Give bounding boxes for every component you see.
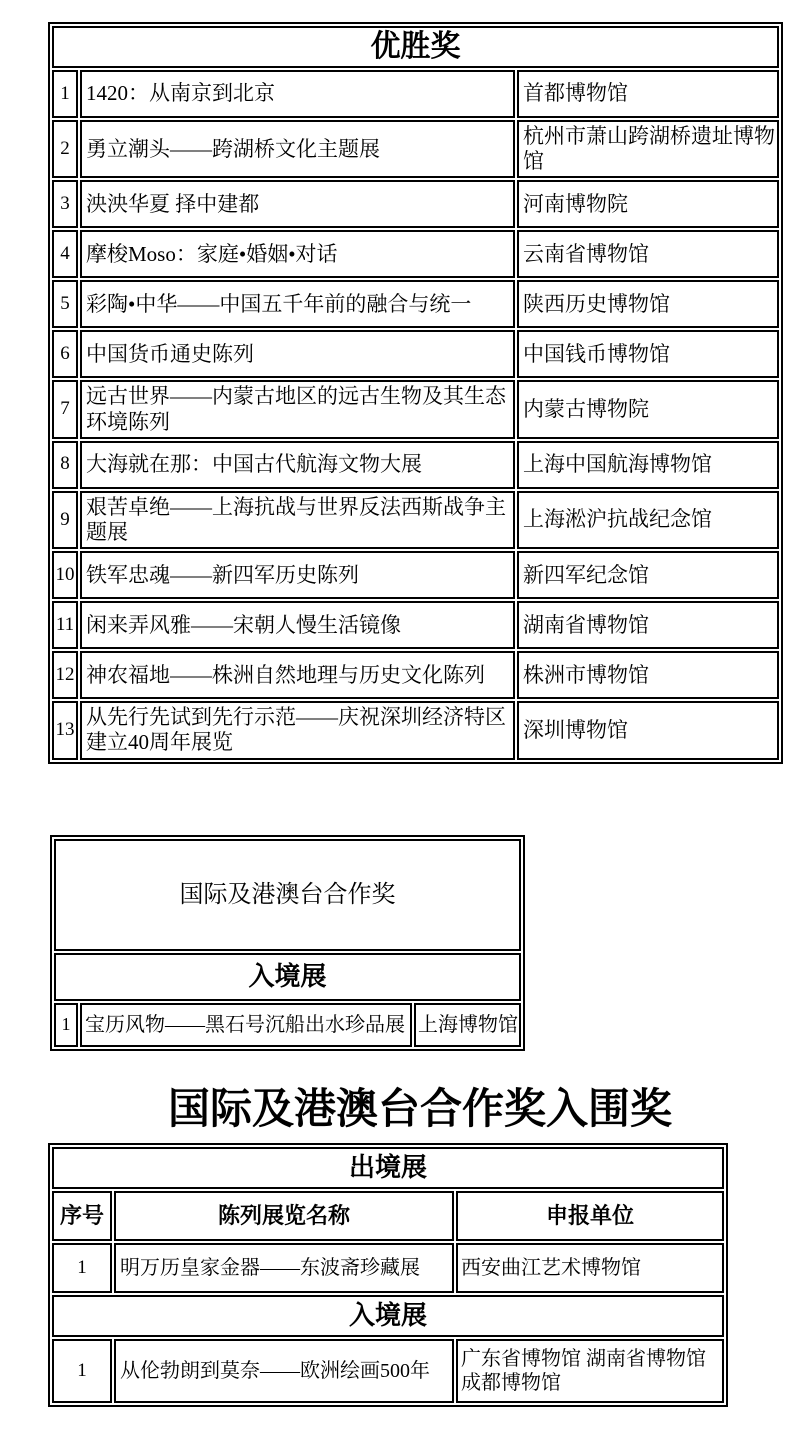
cell-applicant-unit: 上海博物馆: [414, 1003, 521, 1047]
cell-applicant-unit: 深圳博物馆: [517, 701, 779, 759]
finalist-section-label-row: 出境展: [52, 1147, 724, 1189]
cell-row-number: 2: [52, 120, 78, 178]
cell-exhibition-name: 中国货币通史陈列: [80, 330, 515, 378]
cell-applicant-unit: 中国钱币博物馆: [517, 330, 779, 378]
cell-exhibition-name: 铁军忠魂——新四军历史陈列: [80, 551, 515, 599]
cell-exhibition-name: 1420：从南京到北京: [80, 70, 515, 118]
cell-applicant-unit: 河南博物院: [517, 180, 779, 228]
intl-award-table: 国际及港澳台合作奖 入境展 1宝历风物——黑石号沉船出水珍品展上海博物馆: [50, 835, 525, 1051]
cell-row-number: 10: [52, 551, 78, 599]
cell-row-number: 6: [52, 330, 78, 378]
cell-row-number: 12: [52, 651, 78, 699]
cell-applicant-unit: 株洲市博物馆: [517, 651, 779, 699]
table-row: 8大海就在那：中国古代航海文物大展上海中国航海博物馆: [52, 441, 779, 489]
cell-applicant-unit: 新四军纪念馆: [517, 551, 779, 599]
cell-row-number: 8: [52, 441, 78, 489]
table-row: 3泱泱华夏 择中建都河南博物院: [52, 180, 779, 228]
table-row: 11闲来弄风雅——宋朝人慢生活镜像湖南省博物馆: [52, 601, 779, 649]
column-header-number: 序号: [52, 1191, 112, 1241]
table-row: 4摩梭Moso：家庭•婚姻•对话云南省博物馆: [52, 230, 779, 278]
finalist-award-table-body: 出境展序号陈列展览名称申报单位1明万历皇家金器——东波斋珍藏展西安曲江艺术博物馆…: [52, 1147, 724, 1403]
cell-applicant-unit: 广东省博物馆 湖南省博物馆 成都博物馆: [456, 1339, 724, 1403]
cell-applicant-unit: 上海淞沪抗战纪念馆: [517, 491, 779, 549]
cell-row-number: 4: [52, 230, 78, 278]
winner-award-table-body: 优胜奖 11420：从南京到北京首都博物馆2勇立潮头——跨湖桥文化主题展杭州市萧…: [52, 26, 779, 760]
table-row: 6中国货币通史陈列中国钱币博物馆: [52, 330, 779, 378]
cell-exhibition-name: 远古世界——内蒙古地区的远古生物及其生态环境陈列: [80, 380, 515, 438]
cell-row-number: 1: [54, 1003, 78, 1047]
cell-exhibition-name: 宝历风物——黑石号沉船出水珍品展: [80, 1003, 412, 1047]
finalist-section-label-row: 入境展: [52, 1295, 724, 1337]
table-row: 11420：从南京到北京首都博物馆: [52, 70, 779, 118]
cell-row-number: 1: [52, 1339, 112, 1403]
column-header-unit: 申报单位: [456, 1191, 724, 1241]
table-row: 1从伦勃朗到莫奈——欧洲绘画500年广东省博物馆 湖南省博物馆 成都博物馆: [52, 1339, 724, 1403]
cell-exhibition-name: 泱泱华夏 择中建都: [80, 180, 515, 228]
cell-exhibition-name: 艰苦卓绝——上海抗战与世界反法西斯战争主题展: [80, 491, 515, 549]
cell-row-number: 7: [52, 380, 78, 438]
cell-exhibition-name: 勇立潮头——跨湖桥文化主题展: [80, 120, 515, 178]
cell-exhibition-name: 摩梭Moso：家庭•婚姻•对话: [80, 230, 515, 278]
cell-row-number: 3: [52, 180, 78, 228]
intl-award-title: 国际及港澳台合作奖: [54, 839, 521, 951]
cell-exhibition-name: 神农福地——株洲自然地理与历史文化陈列: [80, 651, 515, 699]
cell-applicant-unit: 云南省博物馆: [517, 230, 779, 278]
cell-exhibition-name: 闲来弄风雅——宋朝人慢生活镜像: [80, 601, 515, 649]
finalist-section-label: 出境展: [52, 1147, 724, 1189]
table-row: 13从先行先试到先行示范——庆祝深圳经济特区建立40周年展览深圳博物馆: [52, 701, 779, 759]
cell-exhibition-name: 从伦勃朗到莫奈——欧洲绘画500年: [114, 1339, 454, 1403]
cell-exhibition-name: 彩陶•中华——中国五千年前的融合与统一: [80, 280, 515, 328]
table-row: 1明万历皇家金器——东波斋珍藏展西安曲江艺术博物馆: [52, 1243, 724, 1293]
cell-exhibition-name: 大海就在那：中国古代航海文物大展: [80, 441, 515, 489]
cell-applicant-unit: 首都博物馆: [517, 70, 779, 118]
cell-row-number: 13: [52, 701, 78, 759]
intl-award-table-body: 国际及港澳台合作奖 入境展 1宝历风物——黑石号沉船出水珍品展上海博物馆: [54, 839, 521, 1047]
intl-section-row: 入境展: [54, 953, 521, 1001]
finalist-award-title: 国际及港澳台合作奖入围奖: [100, 1082, 740, 1136]
cell-row-number: 1: [52, 1243, 112, 1293]
cell-applicant-unit: 上海中国航海博物馆: [517, 441, 779, 489]
cell-row-number: 5: [52, 280, 78, 328]
cell-applicant-unit: 湖南省博物馆: [517, 601, 779, 649]
intl-title-row: 国际及港澳台合作奖: [54, 839, 521, 951]
cell-row-number: 9: [52, 491, 78, 549]
finalist-award-table: 出境展序号陈列展览名称申报单位1明万历皇家金器——东波斋珍藏展西安曲江艺术博物馆…: [48, 1143, 728, 1407]
finalist-column-header-row: 序号陈列展览名称申报单位: [52, 1191, 724, 1241]
cell-applicant-unit: 杭州市萧山跨湖桥遗址博物馆: [517, 120, 779, 178]
table-row: 7远古世界——内蒙古地区的远古生物及其生态环境陈列内蒙古博物院: [52, 380, 779, 438]
table-row: 1宝历风物——黑石号沉船出水珍品展上海博物馆: [54, 1003, 521, 1047]
table-row: 9艰苦卓绝——上海抗战与世界反法西斯战争主题展上海淞沪抗战纪念馆: [52, 491, 779, 549]
winner-award-table: 优胜奖 11420：从南京到北京首都博物馆2勇立潮头——跨湖桥文化主题展杭州市萧…: [48, 22, 783, 764]
table-row: 2勇立潮头——跨湖桥文化主题展杭州市萧山跨湖桥遗址博物馆: [52, 120, 779, 178]
cell-applicant-unit: 陕西历史博物馆: [517, 280, 779, 328]
cell-exhibition-name: 从先行先试到先行示范——庆祝深圳经济特区建立40周年展览: [80, 701, 515, 759]
winner-award-title: 优胜奖: [52, 26, 779, 68]
cell-exhibition-name: 明万历皇家金器——东波斋珍藏展: [114, 1243, 454, 1293]
winner-title-row: 优胜奖: [52, 26, 779, 68]
table-row: 12神农福地——株洲自然地理与历史文化陈列株洲市博物馆: [52, 651, 779, 699]
document-page: 优胜奖 11420：从南京到北京首都博物馆2勇立潮头——跨湖桥文化主题展杭州市萧…: [0, 0, 800, 1432]
table-row: 5彩陶•中华——中国五千年前的融合与统一陕西历史博物馆: [52, 280, 779, 328]
cell-applicant-unit: 西安曲江艺术博物馆: [456, 1243, 724, 1293]
cell-row-number: 1: [52, 70, 78, 118]
table-row: 10铁军忠魂——新四军历史陈列新四军纪念馆: [52, 551, 779, 599]
cell-applicant-unit: 内蒙古博物院: [517, 380, 779, 438]
intl-section-label: 入境展: [54, 953, 521, 1001]
column-header-name: 陈列展览名称: [114, 1191, 454, 1241]
finalist-section-label: 入境展: [52, 1295, 724, 1337]
cell-row-number: 11: [52, 601, 78, 649]
